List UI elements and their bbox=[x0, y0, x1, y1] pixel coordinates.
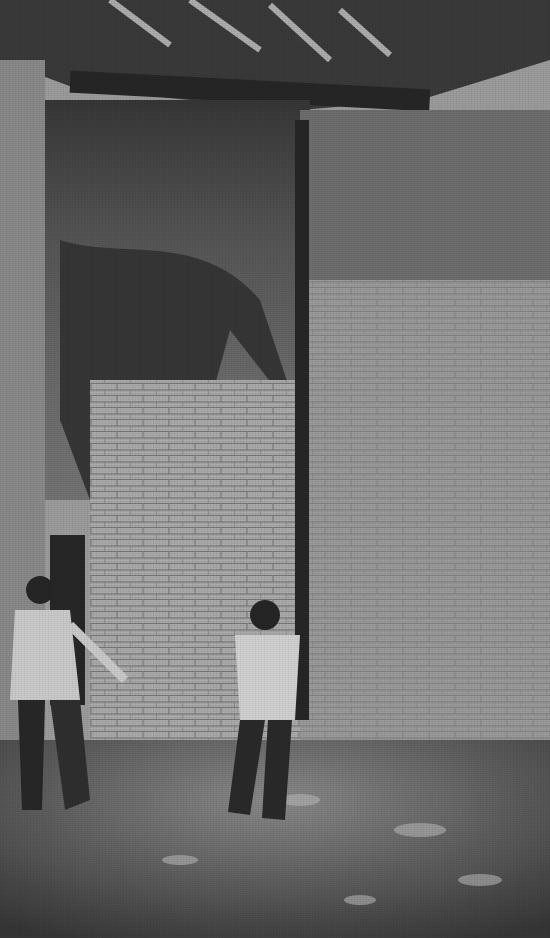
right-wall bbox=[295, 110, 550, 760]
scene bbox=[0, 0, 550, 938]
newspaper-photo bbox=[0, 0, 550, 938]
